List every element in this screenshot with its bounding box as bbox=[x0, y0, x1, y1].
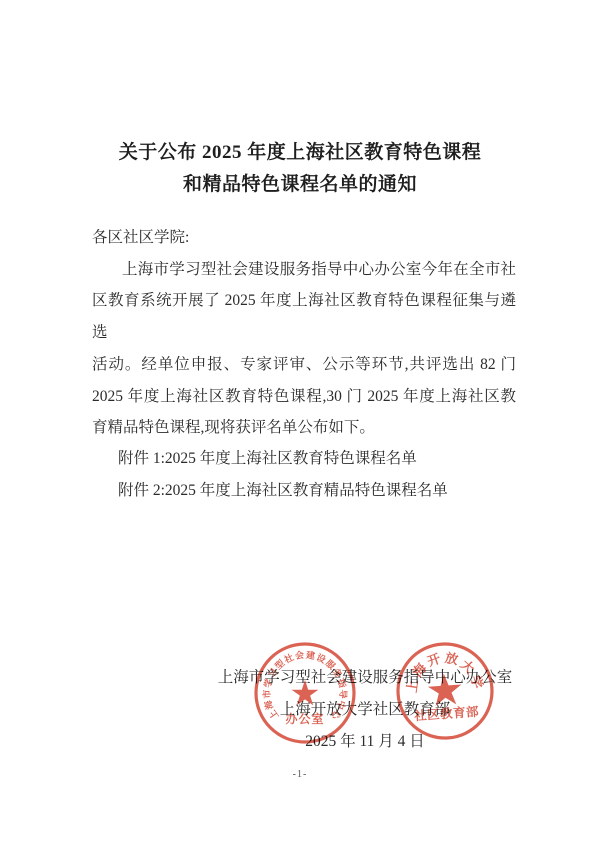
paragraph-line: 上海市学习型社会建设服务指导中心办公室今年在全市社 bbox=[92, 254, 516, 286]
title-line-1: 关于公布 2025 年度上海社区教育特色课程 bbox=[0, 137, 600, 169]
svg-text:市: 市 bbox=[261, 689, 272, 698]
paragraph-line: 活动。经单位申报、专家评审、公示等环节,共评选出 82 门 bbox=[92, 349, 516, 381]
svg-text:会: 会 bbox=[294, 649, 305, 661]
svg-text:大: 大 bbox=[458, 657, 478, 677]
svg-text:放: 放 bbox=[444, 650, 460, 667]
seal-bottom-text: 办公室 bbox=[285, 711, 324, 726]
svg-text:指: 指 bbox=[336, 677, 349, 689]
svg-text:导: 导 bbox=[338, 689, 349, 698]
document-body: 各区社区学院: 上海市学习型社会建设服务指导中心办公室今年在全市社 区教育系统开… bbox=[92, 222, 516, 444]
attachment-1: 附件 1:2025 年度上海社区教育特色课程名单 bbox=[92, 443, 516, 475]
attachment-2: 附件 2:2025 年度上海社区教育精品特色课程名单 bbox=[92, 475, 516, 507]
svg-text:海: 海 bbox=[261, 698, 275, 711]
official-seal-right: 上海开放大学 社区教育部 bbox=[381, 627, 509, 755]
page-number: -1- bbox=[0, 769, 600, 780]
document-page: 关于公布 2025 年度上海社区教育特色课程 和精品特色课程名单的通知 各区社区… bbox=[0, 0, 600, 848]
seal-bottom-text: 社区教育部 bbox=[413, 704, 480, 724]
star-icon bbox=[427, 672, 463, 706]
attachments-list: 附件 1:2025 年度上海社区教育特色课程名单 附件 2:2025 年度上海社… bbox=[92, 443, 516, 507]
svg-text:上: 上 bbox=[404, 679, 421, 694]
salutation: 各区社区学院: bbox=[92, 222, 516, 254]
svg-text:学: 学 bbox=[468, 674, 486, 691]
document-title: 关于公布 2025 年度上海社区教育特色课程 和精品特色课程名单的通知 bbox=[0, 137, 600, 201]
paragraph-line: 区教育系统开展了 2025 年度上海社区教育特色课程征集与遴选 bbox=[92, 285, 516, 348]
svg-text:海: 海 bbox=[409, 660, 429, 680]
paragraph-line: 育精品特色课程,现将获评名单公布如下。 bbox=[92, 412, 516, 444]
title-line-2: 和精品特色课程名单的通知 bbox=[0, 169, 600, 201]
star-icon bbox=[292, 680, 319, 705]
svg-text:建: 建 bbox=[305, 649, 316, 661]
svg-text:开: 开 bbox=[425, 651, 442, 669]
paragraph-line: 2025 年度上海社区教育特色课程,30 门 2025 年度上海社区教 bbox=[92, 381, 516, 413]
official-seal-left: 上海市学习型社会建设服务指导中心 办公室 bbox=[245, 633, 365, 753]
